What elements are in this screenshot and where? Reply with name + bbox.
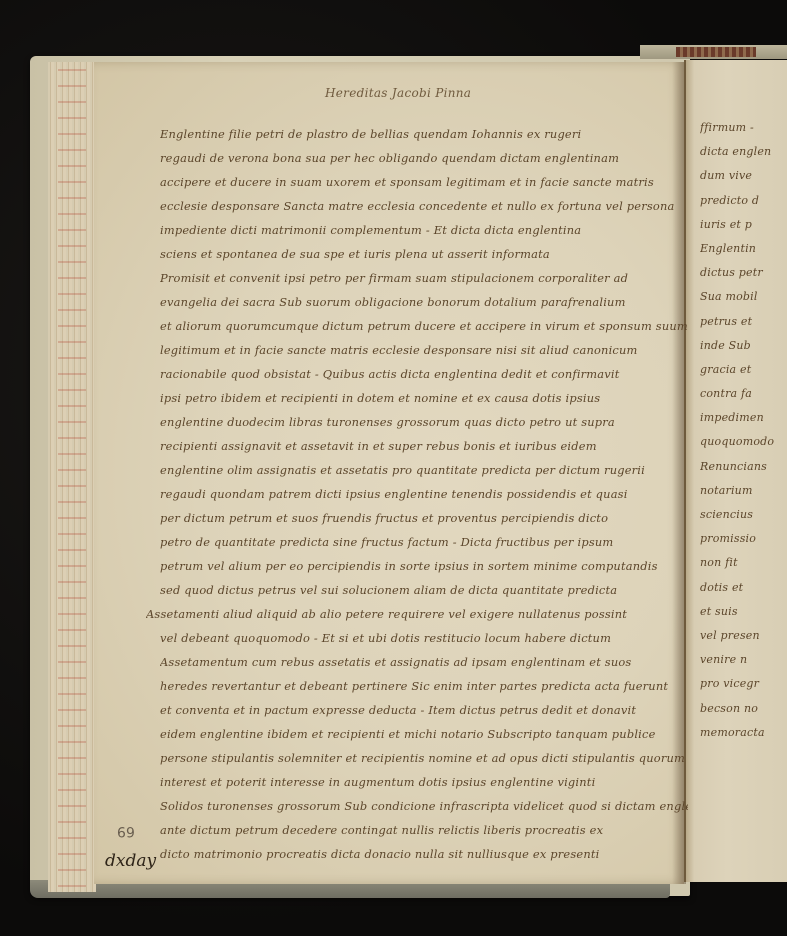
left-page-text: Englentine filie petri de plastro de bel…	[160, 122, 688, 866]
text-line: Englentin	[700, 237, 787, 261]
text-line: et aliorum quorumcumque dictum petrum du…	[160, 314, 688, 338]
text-line: impediente dicti matrimonii complementum…	[160, 218, 688, 242]
text-line: promissio	[700, 527, 787, 551]
text-line: pro vicegr	[700, 672, 787, 696]
page-edges	[48, 62, 96, 892]
text-line: englentine olim assignatis et assetatis …	[160, 458, 688, 482]
text-line: petro de quantitate predicta sine fructu…	[160, 530, 688, 554]
text-line: et conventa et in pactum expresse deduct…	[160, 698, 688, 722]
text-line: dictus petr	[700, 261, 787, 285]
text-line: vel debeant quoquomodo - Et si et ubi do…	[160, 626, 688, 650]
text-line: sciens et spontanea de sua spe et iuris …	[160, 242, 688, 266]
text-line: Renuncians	[700, 455, 787, 479]
text-line: notarium	[700, 479, 787, 503]
text-line: ante dictum petrum decedere contingat nu…	[160, 818, 688, 842]
text-line: ffirmum -	[700, 116, 787, 140]
text-line: racionabile quod obsistat - Quibus actis…	[160, 362, 688, 386]
text-line: ipsi petro ibidem et recipienti in dotem…	[160, 386, 688, 410]
text-line: ecclesie desponsare Sancta matre ecclesi…	[160, 194, 688, 218]
shelfmark-note: dxday	[105, 851, 156, 871]
text-line: dotis et	[700, 576, 787, 600]
text-line: venire n	[700, 648, 787, 672]
text-line: iuris et p	[700, 213, 787, 237]
folio-number: 69	[117, 823, 135, 839]
text-line: contra fa	[700, 382, 787, 406]
spine-headband	[640, 45, 787, 59]
text-line: dicto matrimonio procreatis dicta donaci…	[160, 842, 688, 866]
text-line: predicto d	[700, 189, 787, 213]
text-line: non fit	[700, 551, 787, 575]
text-line: persone stipulantis solemniter et recipi…	[160, 746, 688, 770]
text-line: eidem englentine ibidem et recipienti et…	[160, 722, 688, 746]
text-line: quoquomodo	[700, 430, 787, 454]
text-line: vel presen	[700, 624, 787, 648]
headband-stitching	[676, 47, 756, 57]
text-line: sed quod dictus petrus vel sui solucione…	[160, 578, 688, 602]
text-line: legitimum et in facie sancte matris eccl…	[160, 338, 688, 362]
text-line: recipienti assignavit et assetavit in et…	[160, 434, 688, 458]
red-edge-stain	[58, 62, 86, 892]
text-line: gracia et	[700, 358, 787, 382]
text-line: accipere et ducere in suam uxorem et spo…	[160, 170, 688, 194]
text-line: inde Sub	[700, 334, 787, 358]
text-line: sciencius	[700, 503, 787, 527]
text-line: dicta englen	[700, 140, 787, 164]
text-line: becson no	[700, 697, 787, 721]
text-line: Assetamenti aliud aliquid ab alio petere…	[146, 602, 688, 626]
text-line: Promisit et convenit ipsi petro per firm…	[160, 266, 688, 290]
text-line: regaudi quondam patrem dicti ipsius engl…	[160, 482, 688, 506]
text-line: heredes revertantur et debeant pertinere…	[160, 674, 688, 698]
text-line: evangelia dei sacra Sub suorum obligacio…	[160, 290, 688, 314]
text-line: Assetamentum cum rebus assetatis et assi…	[160, 650, 688, 674]
text-line: Sua mobil	[700, 285, 787, 309]
text-line: Englentine filie petri de plastro de bel…	[160, 122, 688, 146]
text-line: impedimen	[700, 406, 787, 430]
text-line: petrum vel alium per eo percipiendis in …	[160, 554, 688, 578]
running-header: Hereditas Jacobi Pinna	[325, 86, 485, 100]
text-line: Solidos turonenses grossorum Sub condici…	[160, 794, 688, 818]
text-line: dum vive	[700, 164, 787, 188]
text-line: interest et poterit interesse in augment…	[160, 770, 688, 794]
text-line: memoracta	[700, 721, 787, 745]
text-line: regaudi de verona bona sua per hec oblig…	[160, 146, 688, 170]
right-page-text: ffirmum - dicta englen dum vive predicto…	[700, 116, 787, 745]
text-line: petrus et	[700, 310, 787, 334]
text-line: englentine duodecim libras turonenses gr…	[160, 410, 688, 434]
text-line: per dictum petrum et suos fruendis fruct…	[160, 506, 688, 530]
text-line: et suis	[700, 600, 787, 624]
